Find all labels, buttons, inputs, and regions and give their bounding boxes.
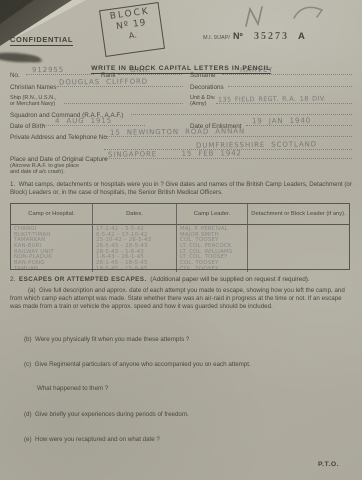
item-e-label: (e) xyxy=(24,436,32,443)
field-address-label: Private Address and Telephone No. xyxy=(10,134,109,141)
classification-label: CONFIDENTIAL xyxy=(10,35,73,46)
field-capture-label: Place and Date of Original Capture xyxy=(10,156,108,163)
camps-table-col-leader: MAJ. P. PERCIVAL MAJOR SMITH COL. TOOSEY… xyxy=(177,225,248,272)
camps-table-header-leader: Camp Leader. xyxy=(177,204,248,225)
field-capture-line: SINGAPORE 15 FEB 1942 xyxy=(104,148,352,159)
field-no-value: 912955 xyxy=(32,66,64,74)
field-dob-label: Date of Birth xyxy=(10,123,45,130)
section2-item-e: (e) How were you recaptured and on what … xyxy=(24,436,344,444)
field-no-line: 912955 xyxy=(26,64,94,75)
item-b-text: Were you physically fit when you made th… xyxy=(35,336,189,343)
section2-title: ESCAPES OR ATTEMPTED ESCAPES. xyxy=(19,276,147,283)
item-b-label: (b) xyxy=(24,336,32,343)
field-decorations-label: Decorations xyxy=(190,84,224,91)
field-surname-line: HARVEY xyxy=(222,64,352,75)
item-a-label: (a) xyxy=(28,287,36,294)
pto-label: P.T.O. xyxy=(318,461,339,468)
field-rank-value: GNR. xyxy=(130,66,151,74)
camps-table-col-detachment xyxy=(248,225,349,272)
field-squadron-line xyxy=(131,104,352,115)
scanned-form-page: CONFIDENTIAL BLOCK Nº 19 A. M.I. 9/JAP/ … xyxy=(0,0,362,480)
field-enlistment-value: 19 JAN 1940 xyxy=(252,117,311,126)
camps-table-header-detachment: Detachment or Block Leader (if any). xyxy=(248,204,349,225)
item-c-label: (c) xyxy=(24,361,31,368)
camp-name: TAMUAN xyxy=(14,266,92,272)
reference-no-label: Nº xyxy=(233,31,243,41)
item-c-text: Give Regimental particulars of anyone wh… xyxy=(35,361,251,368)
field-no-label: No. xyxy=(10,72,20,79)
question1: 1. What camps, detachments or hospitals … xyxy=(10,181,354,197)
field-unit-line: 135 FIELD REGT. R.A. 18 DIV. xyxy=(216,93,352,104)
section2-item-d: (d) Give briefly your experiences during… xyxy=(24,411,344,419)
item-e-text: How were you recaptured and on what date… xyxy=(35,436,160,443)
field-decorations-line xyxy=(228,76,352,87)
pencil-scribble xyxy=(232,2,332,32)
reference-suffix: A xyxy=(298,31,305,42)
section2-heading: 2. ESCAPES OR ATTEMPTED ESCAPES. (Additi… xyxy=(10,276,310,283)
question1-text: What camps, detachments or hospitals wer… xyxy=(10,181,352,196)
camp-leader: COL. TOOSEY xyxy=(180,266,247,272)
section2-item-c2: What happened to them ? xyxy=(37,385,337,393)
field-christian-names-value: DOUGLAS CLIFFORD xyxy=(59,78,148,87)
item-d-text: Give briefly your experiences during per… xyxy=(35,411,189,418)
field-surname-value: HARVEY xyxy=(240,66,274,74)
camps-table-col-dates: 17-2-42 – 5-5-42 6-5-42 – 17-10-42 25-10… xyxy=(93,225,177,272)
camp-dates: 18-5-45 – 15-8-45 xyxy=(96,266,176,272)
question1-number: 1. xyxy=(10,181,15,188)
section2-item-c: (c) Give Regimental particulars of anyon… xyxy=(24,361,344,369)
field-surname-label: Surname xyxy=(190,72,216,79)
item-c2-text: What happened to them ? xyxy=(37,385,108,392)
section2-item-b: (b) Were you physically fit when you mad… xyxy=(24,336,344,344)
field-christian-names-label: Christian Names xyxy=(10,84,57,91)
field-dob-value: 4 AUG 1915 xyxy=(55,117,112,126)
field-ship-label-line2: or Merchant Navy) xyxy=(10,101,55,107)
block-number-stamp: BLOCK Nº 19 A. xyxy=(99,2,165,57)
camps-table: Camp or Hospital. Dates. Camp Leader. De… xyxy=(10,203,350,270)
field-ship-line xyxy=(64,93,183,104)
field-rank-line: GNR. xyxy=(118,64,182,75)
section2-item-a: (a) Give full description and approx. da… xyxy=(10,287,352,311)
field-christian-names-line: DOUGLAS CLIFFORD xyxy=(57,76,183,87)
field-enlistment-line: 19 JAN 1940 xyxy=(246,115,352,126)
reference-prefix: M.I. 9/JAP/ xyxy=(203,35,230,41)
section2-number: 2. xyxy=(10,276,15,283)
field-dob-line: 4 AUG 1915 xyxy=(43,115,145,126)
section2-note: (Additional paper will be supplied on re… xyxy=(150,276,310,283)
field-unit-value: 135 FIELD REGT. R.A. 18 DIV. xyxy=(218,94,326,103)
camps-table-col-camp: CHANGI BUKIT-TIMAH TAMARKAN KAN-BURI RAI… xyxy=(11,225,93,272)
field-address-value-line1: 15 NEWINGTON ROAD ANNAN xyxy=(110,127,245,136)
field-capture-sublabel2: and date of a/c crash). xyxy=(10,169,65,175)
camps-table-header-camp: Camp or Hospital. xyxy=(11,204,93,225)
field-capture-value: SINGAPORE 15 FEB 1942 xyxy=(108,149,242,158)
item-d-label: (d) xyxy=(24,411,32,418)
item-a-text: Give full description and approx. date o… xyxy=(10,287,345,310)
camp-detachment xyxy=(251,266,349,272)
field-address-line1: 15 NEWINGTON ROAD ANNAN xyxy=(104,126,352,137)
camps-table-header-dates: Dates. xyxy=(93,204,177,225)
reference-number: 35273 xyxy=(254,31,289,42)
